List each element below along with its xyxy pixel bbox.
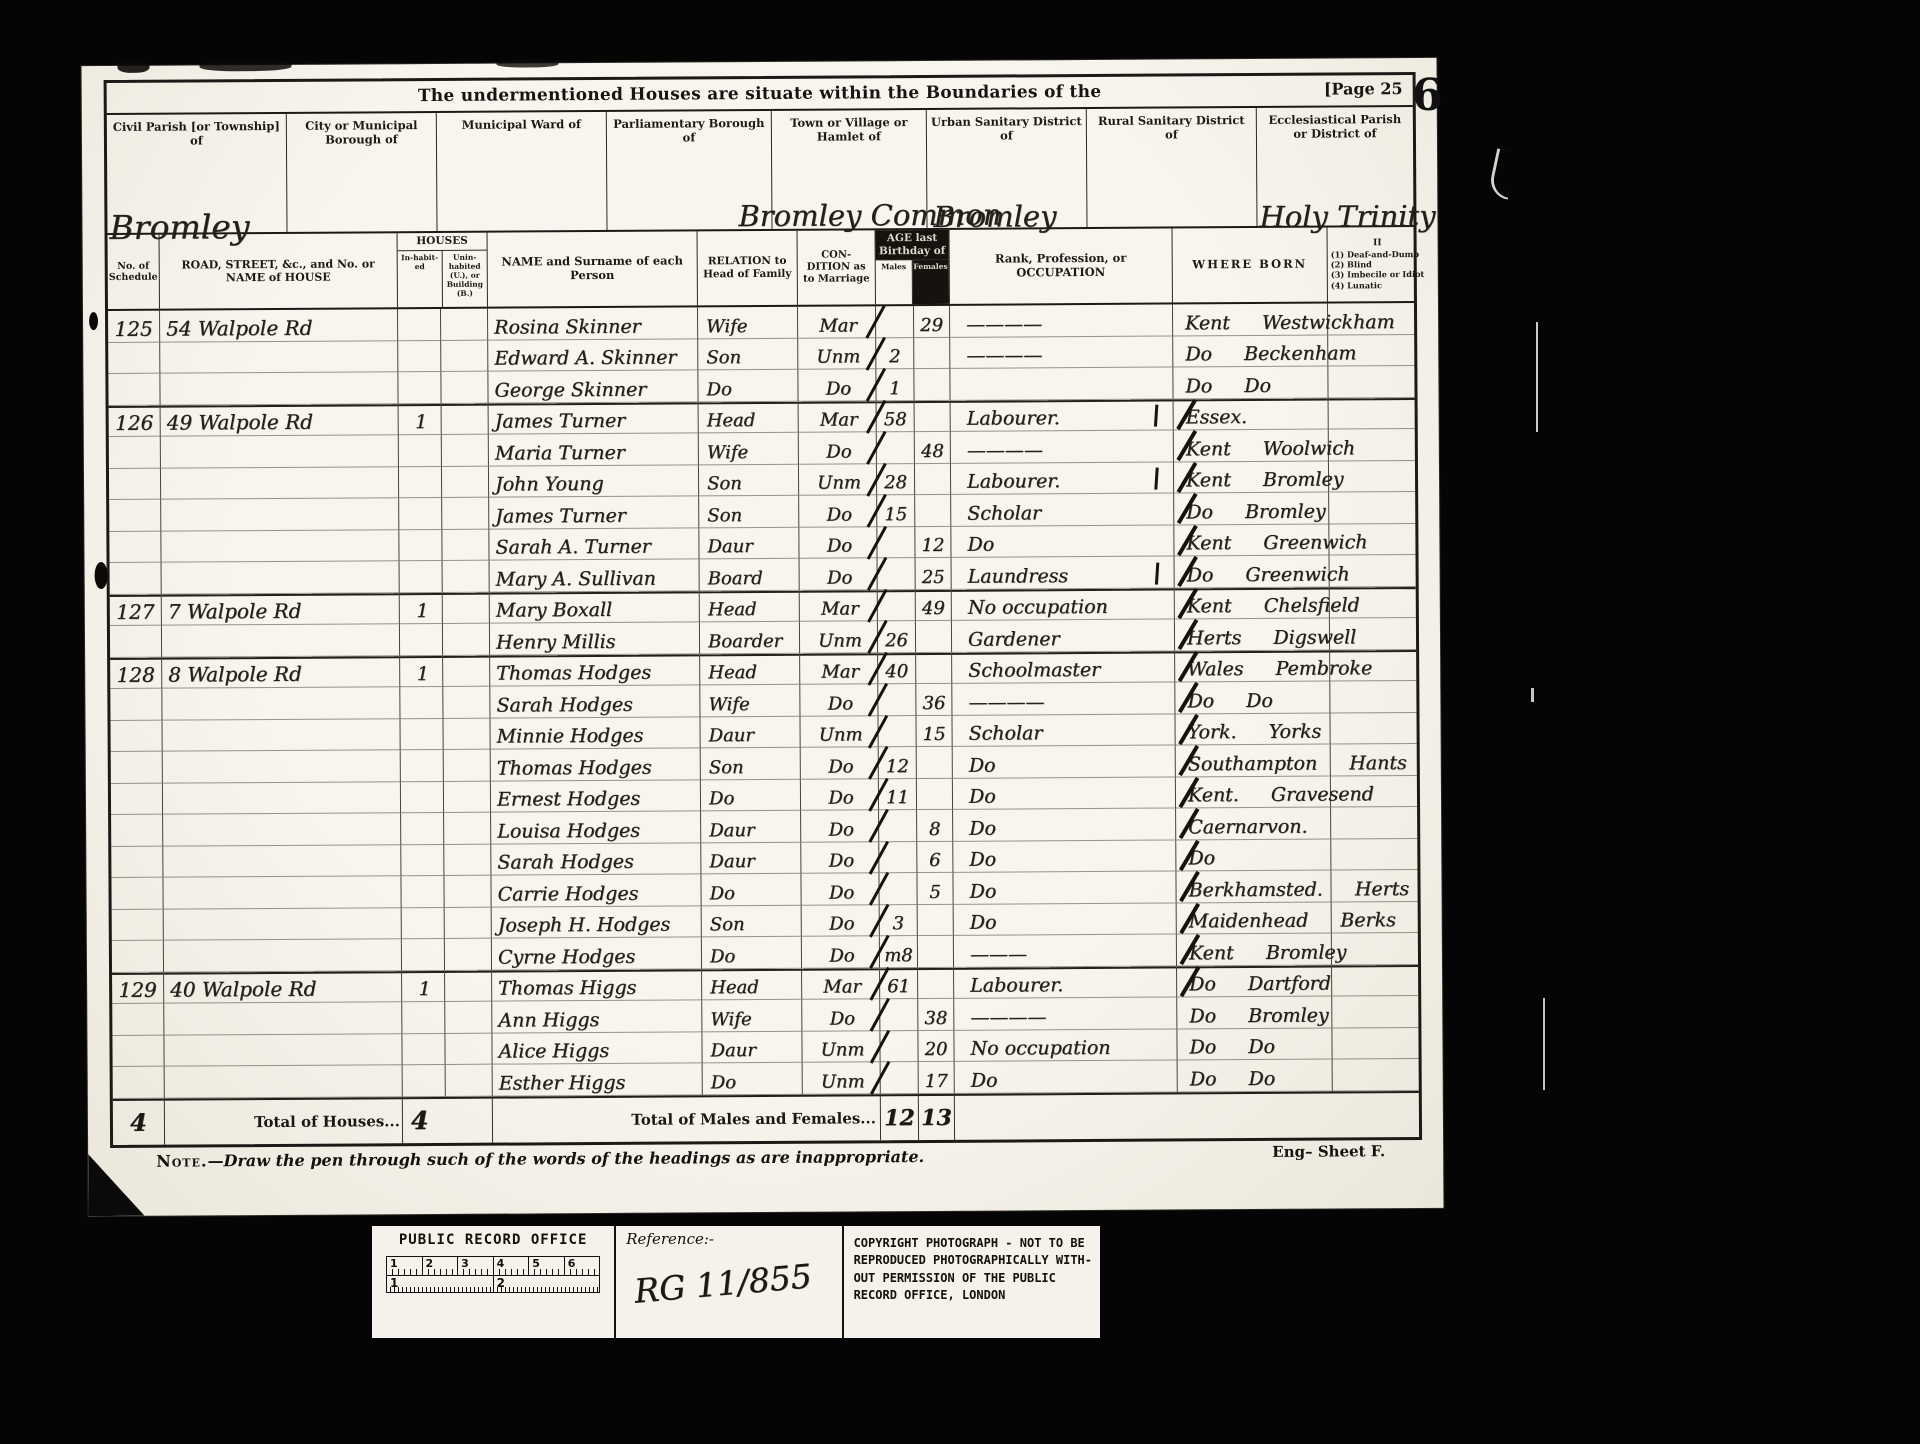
cell-disability xyxy=(1332,1028,1418,1060)
reference-value-handwritten: RG 11/855 xyxy=(633,1256,814,1310)
cell-age-female: 17 xyxy=(919,1062,955,1094)
cell-uninhabited xyxy=(444,781,491,813)
cell-disability xyxy=(1330,713,1416,745)
totals-empty xyxy=(955,1092,1419,1139)
cell-relation: Daur xyxy=(701,842,801,874)
footer-note-text: —Draw the pen through such of the words … xyxy=(207,1147,924,1170)
boundaries-title: The undermentioned Houses are situate wi… xyxy=(418,82,1102,106)
cell-person-name: Alice Higgs xyxy=(492,1032,702,1065)
cell-road xyxy=(164,1034,402,1067)
cell-age-female xyxy=(915,463,951,495)
district-cell: Civil Parish [or Township] of Bromley xyxy=(107,114,288,233)
cell-road xyxy=(164,1002,402,1035)
cell-condition: Unm xyxy=(800,621,878,653)
cell-schedule-number xyxy=(109,468,161,500)
district-label: Parliamentary Borough of xyxy=(611,116,767,146)
district-cell: Municipal Ward of xyxy=(437,112,608,231)
scan-scratch xyxy=(1543,998,1545,1090)
cell-schedule-number xyxy=(111,878,163,910)
cell-uninhabited xyxy=(442,498,489,530)
cell-uninhabited xyxy=(442,403,489,435)
cell-condition: Do xyxy=(802,999,880,1031)
district-label: Urban Sanitary District of xyxy=(931,114,1082,144)
header-occupation: Rank, Profession, or OCCUPATION xyxy=(950,228,1173,303)
folio-number: 6 xyxy=(1412,70,1443,121)
cell-person-name: Edward A. Skinner xyxy=(488,339,698,372)
cell-inhabited: 1 xyxy=(402,970,445,1002)
stamp-office-section: PUBLIC RECORD OFFICE 123456 12 xyxy=(372,1226,616,1338)
public-record-office-stamp: PUBLIC RECORD OFFICE 123456 12 Reference… xyxy=(372,1226,1100,1338)
cell-age-female xyxy=(918,904,954,936)
cell-schedule-number xyxy=(111,783,163,815)
cell-condition: Do xyxy=(799,495,877,527)
cell-occupation: Scholar xyxy=(952,714,1175,747)
cell-occupation: Do xyxy=(954,903,1177,936)
copyright-line-4: RECORD OFFICE, LONDON xyxy=(854,1287,1092,1304)
cell-inhabited xyxy=(399,435,442,467)
cell-occupation: ———— xyxy=(952,682,1175,715)
ruler-number: 4 xyxy=(494,1257,530,1275)
cell-where-born: Kent Greenwich xyxy=(1174,524,1329,556)
cell-age-male xyxy=(876,306,914,338)
cell-occupation: Labourer. xyxy=(954,966,1177,999)
cell-condition: Unm xyxy=(800,716,878,748)
cell-age-male xyxy=(878,590,916,622)
header-condition: CON-DITION as to Marriage xyxy=(798,230,876,304)
cell-relation: Boarder xyxy=(700,622,800,654)
cell-age-female: 25 xyxy=(916,558,952,590)
cell-occupation: Do xyxy=(953,808,1176,841)
cell-disability xyxy=(1331,839,1417,871)
cell-where-born: Essex. xyxy=(1174,398,1329,430)
cell-road xyxy=(165,1065,403,1098)
cell-schedule-number: 128 xyxy=(110,657,162,689)
cell-relation: Do xyxy=(701,779,801,811)
cell-condition: Do xyxy=(799,527,877,559)
cell-condition: Do xyxy=(802,936,880,968)
totals-houses-label: Total of Houses... xyxy=(165,1099,403,1144)
cell-road xyxy=(162,561,400,594)
cell-person-name: George Skinner xyxy=(488,370,698,403)
totals-females-value: 13 xyxy=(919,1095,955,1139)
header-age-group: AGE last Birthday of Males Females xyxy=(876,230,950,304)
cell-schedule-number: 125 xyxy=(108,311,160,343)
cell-disability xyxy=(1330,681,1416,713)
cell-inhabited xyxy=(401,844,444,876)
cell-occupation: Do xyxy=(955,1060,1178,1093)
cell-age-female: 49 xyxy=(916,589,952,621)
cell-schedule-number xyxy=(110,626,162,658)
cell-age-male: 2 xyxy=(876,338,914,370)
footer-note-label: Note. xyxy=(156,1151,207,1170)
cell-road xyxy=(162,687,400,720)
cell-road xyxy=(163,876,401,909)
cell-person-name: Rosina Skinner xyxy=(488,307,698,340)
cell-where-born: Maidenhead Berks xyxy=(1177,902,1332,934)
cell-disability xyxy=(1331,807,1417,839)
cell-where-born: Do xyxy=(1176,839,1331,871)
header-uninhabited: Unin-habited (U.), or Building (B.) xyxy=(443,250,487,307)
cell-age-male: 61 xyxy=(880,968,918,1000)
cell-where-born: Kent Woolwich xyxy=(1174,430,1329,462)
copyright-line-3: OUT PERMISSION OF THE PUBLIC xyxy=(854,1270,1092,1287)
header-females: Females xyxy=(912,260,949,304)
cell-inhabited xyxy=(398,372,441,404)
cell-occupation: Gardener xyxy=(952,619,1175,652)
district-cell: Ecclesiastical Parish or District of Hol… xyxy=(1257,107,1414,226)
copyright-line-1: COPYRIGHT PHOTOGRAPH - NOT TO BE xyxy=(854,1235,1092,1252)
cell-age-male: 28 xyxy=(877,464,915,496)
disability-item-2: (2) Blind xyxy=(1331,259,1372,270)
cell-occupation: No occupation xyxy=(952,588,1175,621)
cell-where-born: Do Do xyxy=(1178,1060,1333,1092)
cell-age-male xyxy=(878,558,916,590)
cell-occupation: Labourer. xyxy=(951,462,1174,495)
header-name: NAME and Surname of each Person xyxy=(488,231,698,306)
cell-age-female: 12 xyxy=(915,526,951,558)
cell-uninhabited xyxy=(443,624,490,656)
cell-age-female xyxy=(914,369,950,401)
district-value-handwritten: Holy Trinity xyxy=(1259,199,1435,234)
cell-uninhabited xyxy=(444,844,491,876)
totals-margin-value: 4 xyxy=(113,1100,165,1144)
district-header-row: Civil Parish [or Township] of Bromley Ci… xyxy=(107,107,1414,235)
cell-schedule-number xyxy=(110,720,162,752)
cell-where-born: Do Greenwich xyxy=(1175,556,1330,588)
cell-uninhabited xyxy=(441,340,488,372)
cell-where-born: Herts Digswell xyxy=(1175,619,1330,651)
cell-uninhabited xyxy=(446,1065,493,1097)
district-label: Town or Village or Hamlet of xyxy=(776,115,922,145)
cell-age-male xyxy=(880,1031,918,1063)
cell-uninhabited xyxy=(443,592,490,624)
cell-person-name: Sarah Hodges xyxy=(490,685,700,718)
cell-person-name: Esther Higgs xyxy=(493,1063,703,1096)
cell-age-male xyxy=(878,716,916,748)
cell-uninhabited xyxy=(441,309,488,341)
cell-relation: Son xyxy=(699,464,799,496)
cell-relation: Wife xyxy=(702,1000,802,1032)
cell-schedule-number xyxy=(112,941,164,973)
cell-disability xyxy=(1328,366,1414,398)
ruler-number: 1 xyxy=(387,1276,494,1292)
cell-age-male: 26 xyxy=(878,621,916,653)
district-label: Municipal Ward of xyxy=(441,117,602,132)
cell-age-male xyxy=(879,842,917,874)
cell-road: 40 Walpole Rd xyxy=(164,971,402,1004)
cell-condition: Do xyxy=(801,747,879,779)
cell-schedule-number xyxy=(109,437,161,469)
cell-occupation: Laundress xyxy=(952,556,1175,589)
cell-where-born: Wales Pembroke xyxy=(1175,650,1330,682)
cell-condition: Mar xyxy=(800,590,878,622)
cell-condition: Unm xyxy=(798,338,876,370)
cell-condition: Do xyxy=(800,684,878,716)
header-houses: HOUSES xyxy=(398,233,487,251)
cell-inhabited: 1 xyxy=(400,655,443,687)
cell-where-born: Kent Bromley xyxy=(1177,934,1332,966)
cell-condition: Mar xyxy=(800,653,878,685)
cell-inhabited: 1 xyxy=(399,403,442,435)
cell-schedule-number xyxy=(109,531,161,563)
cell-schedule-number xyxy=(111,846,163,878)
cell-occupation: Do xyxy=(953,745,1176,778)
cell-condition: Do xyxy=(802,905,880,937)
census-page-scan: 6 The undermentioned Houses are situate … xyxy=(82,58,1444,1216)
cell-uninhabited xyxy=(441,372,488,404)
cell-condition: Do xyxy=(799,432,877,464)
cell-schedule-number xyxy=(108,342,160,374)
cell-relation: Wife xyxy=(698,307,798,339)
cell-inhabited: 1 xyxy=(400,592,443,624)
cell-occupation: ——— xyxy=(954,934,1177,967)
cell-occupation: ———— xyxy=(951,430,1174,463)
district-cell: Urban Sanitary District of Bromley xyxy=(927,109,1088,228)
cell-schedule-number xyxy=(110,689,162,721)
cell-person-name: Ernest Hodges xyxy=(491,780,701,813)
cell-age-female: 20 xyxy=(918,1030,954,1062)
cell-age-female: 36 xyxy=(916,684,952,716)
cell-condition: Mar xyxy=(799,401,877,433)
cell-age-female: 15 xyxy=(916,715,952,747)
cell-occupation: ———— xyxy=(950,304,1173,337)
ink-blot xyxy=(89,312,98,330)
cell-schedule-number xyxy=(110,563,162,595)
cell-person-name: Mary A. Sullivan xyxy=(490,559,700,592)
cell-relation: Do xyxy=(702,937,802,969)
cell-inhabited xyxy=(400,561,443,593)
cell-uninhabited xyxy=(445,1002,492,1034)
cell-age-female xyxy=(915,400,951,432)
cell-age-female: 6 xyxy=(917,841,953,873)
district-value-handwritten: Bromley xyxy=(933,199,1056,234)
district-value-handwritten: Bromley xyxy=(109,207,249,247)
stamp-ruler-top: 123456 xyxy=(386,1256,600,1276)
cell-age-male: 1 xyxy=(876,369,914,401)
cell-occupation: ———— xyxy=(950,336,1173,369)
header-inhabited: In-habit-ed xyxy=(398,251,443,308)
ruler-number: 1 xyxy=(387,1257,423,1275)
table-body: 125 54 Walpole Rd Rosina Skinner Wife Ma… xyxy=(108,303,1419,1098)
cell-uninhabited xyxy=(444,876,491,908)
cell-relation: Daur xyxy=(702,1031,802,1063)
cell-inhabited xyxy=(402,907,445,939)
cell-age-female xyxy=(917,747,953,779)
cell-road xyxy=(161,435,399,468)
cell-occupation: Do xyxy=(953,840,1176,873)
cell-relation: Do xyxy=(701,874,801,906)
cell-where-born: Berkhamsted. Herts xyxy=(1176,871,1331,903)
cell-age-female xyxy=(918,936,954,968)
cell-schedule-number: 126 xyxy=(109,405,161,437)
cell-age-male: 15 xyxy=(877,495,915,527)
district-cell: Town or Village or Hamlet of Bromley Com… xyxy=(772,110,928,229)
cell-relation: Do xyxy=(698,370,798,402)
cell-relation: Board xyxy=(700,559,800,591)
cell-person-name: Maria Turner xyxy=(489,433,699,466)
cell-condition: Do xyxy=(801,810,879,842)
cell-road xyxy=(163,750,401,783)
cell-age-male xyxy=(879,873,917,905)
cell-schedule-number xyxy=(111,815,163,847)
table-header-row: No. of Schedule ROAD, STREET, &c., and N… xyxy=(108,227,1414,311)
totals-males-value: 12 xyxy=(881,1096,919,1140)
cell-inhabited xyxy=(402,939,445,971)
cell-disability xyxy=(1329,398,1415,430)
cell-uninhabited xyxy=(443,561,490,593)
cell-age-female xyxy=(917,778,953,810)
cell-road xyxy=(161,530,399,563)
cell-occupation xyxy=(950,367,1173,400)
district-label: Ecclesiastical Parish or District of xyxy=(1261,112,1409,142)
cell-schedule-number: 127 xyxy=(110,594,162,626)
cell-road: 7 Walpole Rd xyxy=(162,593,400,626)
cell-age-female xyxy=(918,967,954,999)
cell-condition: Do xyxy=(800,558,878,590)
header-age: AGE last Birthday of xyxy=(876,230,949,261)
cell-occupation: Labourer. xyxy=(951,399,1174,432)
totals-males-females-label: Total of Males and Females... xyxy=(493,1096,881,1142)
cell-condition: Do xyxy=(801,873,879,905)
cell-person-name: John Young xyxy=(489,465,699,498)
cell-uninhabited xyxy=(445,1033,492,1065)
cell-person-name: James Turner xyxy=(489,402,699,435)
cell-where-born: Do Do xyxy=(1177,1028,1332,1060)
cell-schedule-number xyxy=(112,909,164,941)
disability-item-3: (3) Imbecile or Idiot xyxy=(1331,269,1425,280)
cell-condition: Do xyxy=(801,842,879,874)
reference-label: Reference:- xyxy=(626,1230,831,1248)
cell-inhabited xyxy=(401,781,444,813)
cell-road xyxy=(162,719,400,752)
cell-person-name: Thomas Hodges xyxy=(490,654,700,687)
ruler-number: 5 xyxy=(529,1257,565,1275)
cell-inhabited xyxy=(398,340,441,372)
cell-condition: Unm xyxy=(799,464,877,496)
cell-road: 49 Walpole Rd xyxy=(161,404,399,437)
cell-uninhabited xyxy=(445,907,492,939)
cell-age-female: 38 xyxy=(918,999,954,1031)
cell-where-born: York. Yorks xyxy=(1175,713,1330,745)
cell-inhabited xyxy=(398,309,441,341)
cell-condition: Mar xyxy=(802,968,880,1000)
cell-age-male xyxy=(877,432,915,464)
cell-relation: Son xyxy=(699,496,799,528)
cell-inhabited xyxy=(401,750,444,782)
cell-where-born: Kent Chelsfield xyxy=(1175,587,1330,619)
header-disability: II (1) Deaf-and-Dumb (2) Blind (3) Imbec… xyxy=(1328,227,1428,302)
header-houses-group: HOUSES In-habit-ed Unin-habited (U.), or… xyxy=(398,233,488,308)
cell-age-male xyxy=(880,999,918,1031)
scan-scratch xyxy=(1487,148,1518,199)
cell-schedule-number xyxy=(108,374,160,406)
cell-uninhabited xyxy=(445,939,492,971)
cell-inhabited xyxy=(400,624,443,656)
cell-inhabited xyxy=(402,1033,445,1065)
cell-where-born: Do Do xyxy=(1173,367,1328,399)
page-number-label: [Page 25 xyxy=(1324,79,1403,98)
cell-age-male xyxy=(881,1062,919,1094)
district-label: Civil Parish [or Township] of xyxy=(111,119,282,149)
cell-where-born: Southampton Hants xyxy=(1176,745,1331,777)
cell-person-name: Thomas Higgs xyxy=(492,969,702,1002)
cell-schedule-number xyxy=(113,1067,165,1099)
district-label: City or Municipal Borough of xyxy=(291,118,432,148)
cell-person-name: Thomas Hodges xyxy=(491,748,701,781)
cell-inhabited xyxy=(399,529,442,561)
ruler-number: 3 xyxy=(458,1257,494,1275)
cell-occupation: Do xyxy=(953,871,1176,904)
ruler-number: 2 xyxy=(494,1276,600,1292)
cell-person-name: James Turner xyxy=(489,496,699,529)
cell-age-male xyxy=(877,527,915,559)
cell-inhabited xyxy=(400,718,443,750)
cell-age-female: 5 xyxy=(917,873,953,905)
header-males: Males xyxy=(876,260,913,304)
cell-road xyxy=(164,939,402,972)
cell-uninhabited xyxy=(444,750,491,782)
cell-disability xyxy=(1332,965,1418,997)
cell-occupation: Do xyxy=(951,525,1174,558)
cell-schedule-number xyxy=(111,752,163,784)
cell-uninhabited xyxy=(442,435,489,467)
scan-scratch xyxy=(1536,322,1538,432)
cell-age-male: 58 xyxy=(877,401,915,433)
cell-inhabited xyxy=(401,876,444,908)
scan-edge-blot xyxy=(496,59,558,67)
ink-blot xyxy=(95,562,108,589)
cell-relation: Wife xyxy=(699,433,799,465)
scan-edge-blot xyxy=(117,60,149,73)
cell-age-female xyxy=(916,652,952,684)
cell-schedule-number: 129 xyxy=(112,972,164,1004)
cell-where-born: Do Bromley xyxy=(1177,997,1332,1029)
cell-where-born: Do Beckenham xyxy=(1173,335,1328,367)
cell-schedule-number xyxy=(112,1004,164,1036)
cell-uninhabited xyxy=(443,718,490,750)
cell-age-female: 8 xyxy=(917,810,953,842)
cell-age-female: 48 xyxy=(915,432,951,464)
cell-uninhabited xyxy=(444,813,491,845)
cell-age-female xyxy=(916,621,952,653)
cell-where-born: Caernarvon. xyxy=(1176,808,1331,840)
cell-age-male: 40 xyxy=(878,653,916,685)
disability-item-4: (4) Lunatic xyxy=(1331,280,1382,291)
cell-condition: Mar xyxy=(798,306,876,338)
cell-road xyxy=(161,498,399,531)
cell-road xyxy=(163,845,401,878)
cell-age-male: 3 xyxy=(880,905,918,937)
cell-person-name: Cyrne Hodges xyxy=(492,937,702,970)
cell-person-name: Louisa Hodges xyxy=(491,811,701,844)
scan-edge-blot xyxy=(199,60,291,72)
cell-inhabited xyxy=(399,498,442,530)
cell-person-name: Joseph H. Hodges xyxy=(492,906,702,939)
cell-relation: Head xyxy=(700,590,800,622)
cell-uninhabited xyxy=(443,687,490,719)
cell-occupation: Schoolmaster xyxy=(952,651,1175,684)
cell-disability xyxy=(1333,1059,1419,1091)
form-frame: The undermentioned Houses are situate wi… xyxy=(104,72,1422,1147)
cell-age-male xyxy=(878,684,916,716)
ruler-number: 6 xyxy=(565,1257,600,1275)
cell-person-name: Sarah Hodges xyxy=(491,843,701,876)
cell-where-born: Kent. Gravesend xyxy=(1176,776,1331,808)
cell-where-born: Do Do xyxy=(1175,682,1330,714)
cell-age-female xyxy=(915,495,951,527)
sheet-label: Eng– Sheet F. xyxy=(1272,1142,1385,1161)
cell-road: 8 Walpole Rd xyxy=(162,656,400,689)
